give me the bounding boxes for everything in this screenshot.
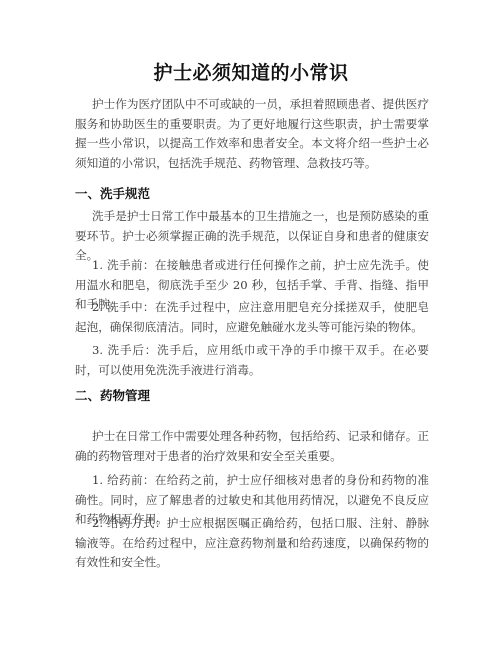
section-heading-handwashing: 一、洗手规范 <box>75 184 150 202</box>
section-paragraph-medication: 护士在日常工作中需要处理各种药物，包括给药、记录和储存。正确的药物管理对于患者的… <box>75 427 429 466</box>
list-item: 3. 洗手后：洗手后，应用纸巾或干净的手巾擦干双手。在必要时，可以使用免洗洗手液… <box>75 341 429 380</box>
document-title: 护士必须知道的小常识 <box>0 58 502 85</box>
list-item: 2. 洗手中：在洗手过程中，应注意用肥皂充分揉搓双手，使肥皂起泡，确保彻底清洁。… <box>75 298 429 337</box>
document-page: 护士必须知道的小常识 护士作为医疗团队中不可或缺的一员，承担着照顾患者、提供医疗… <box>0 0 502 649</box>
intro-paragraph: 护士作为医疗团队中不可或缺的一员，承担着照顾患者、提供医疗服务和协助医生的重要职… <box>75 95 429 173</box>
list-item: 2. 给药方式：护士应根据医嘱正确给药，包括口服、注射、静脉输液等。在给药过程中… <box>75 514 429 573</box>
section-heading-medication: 二、药物管理 <box>75 386 150 404</box>
